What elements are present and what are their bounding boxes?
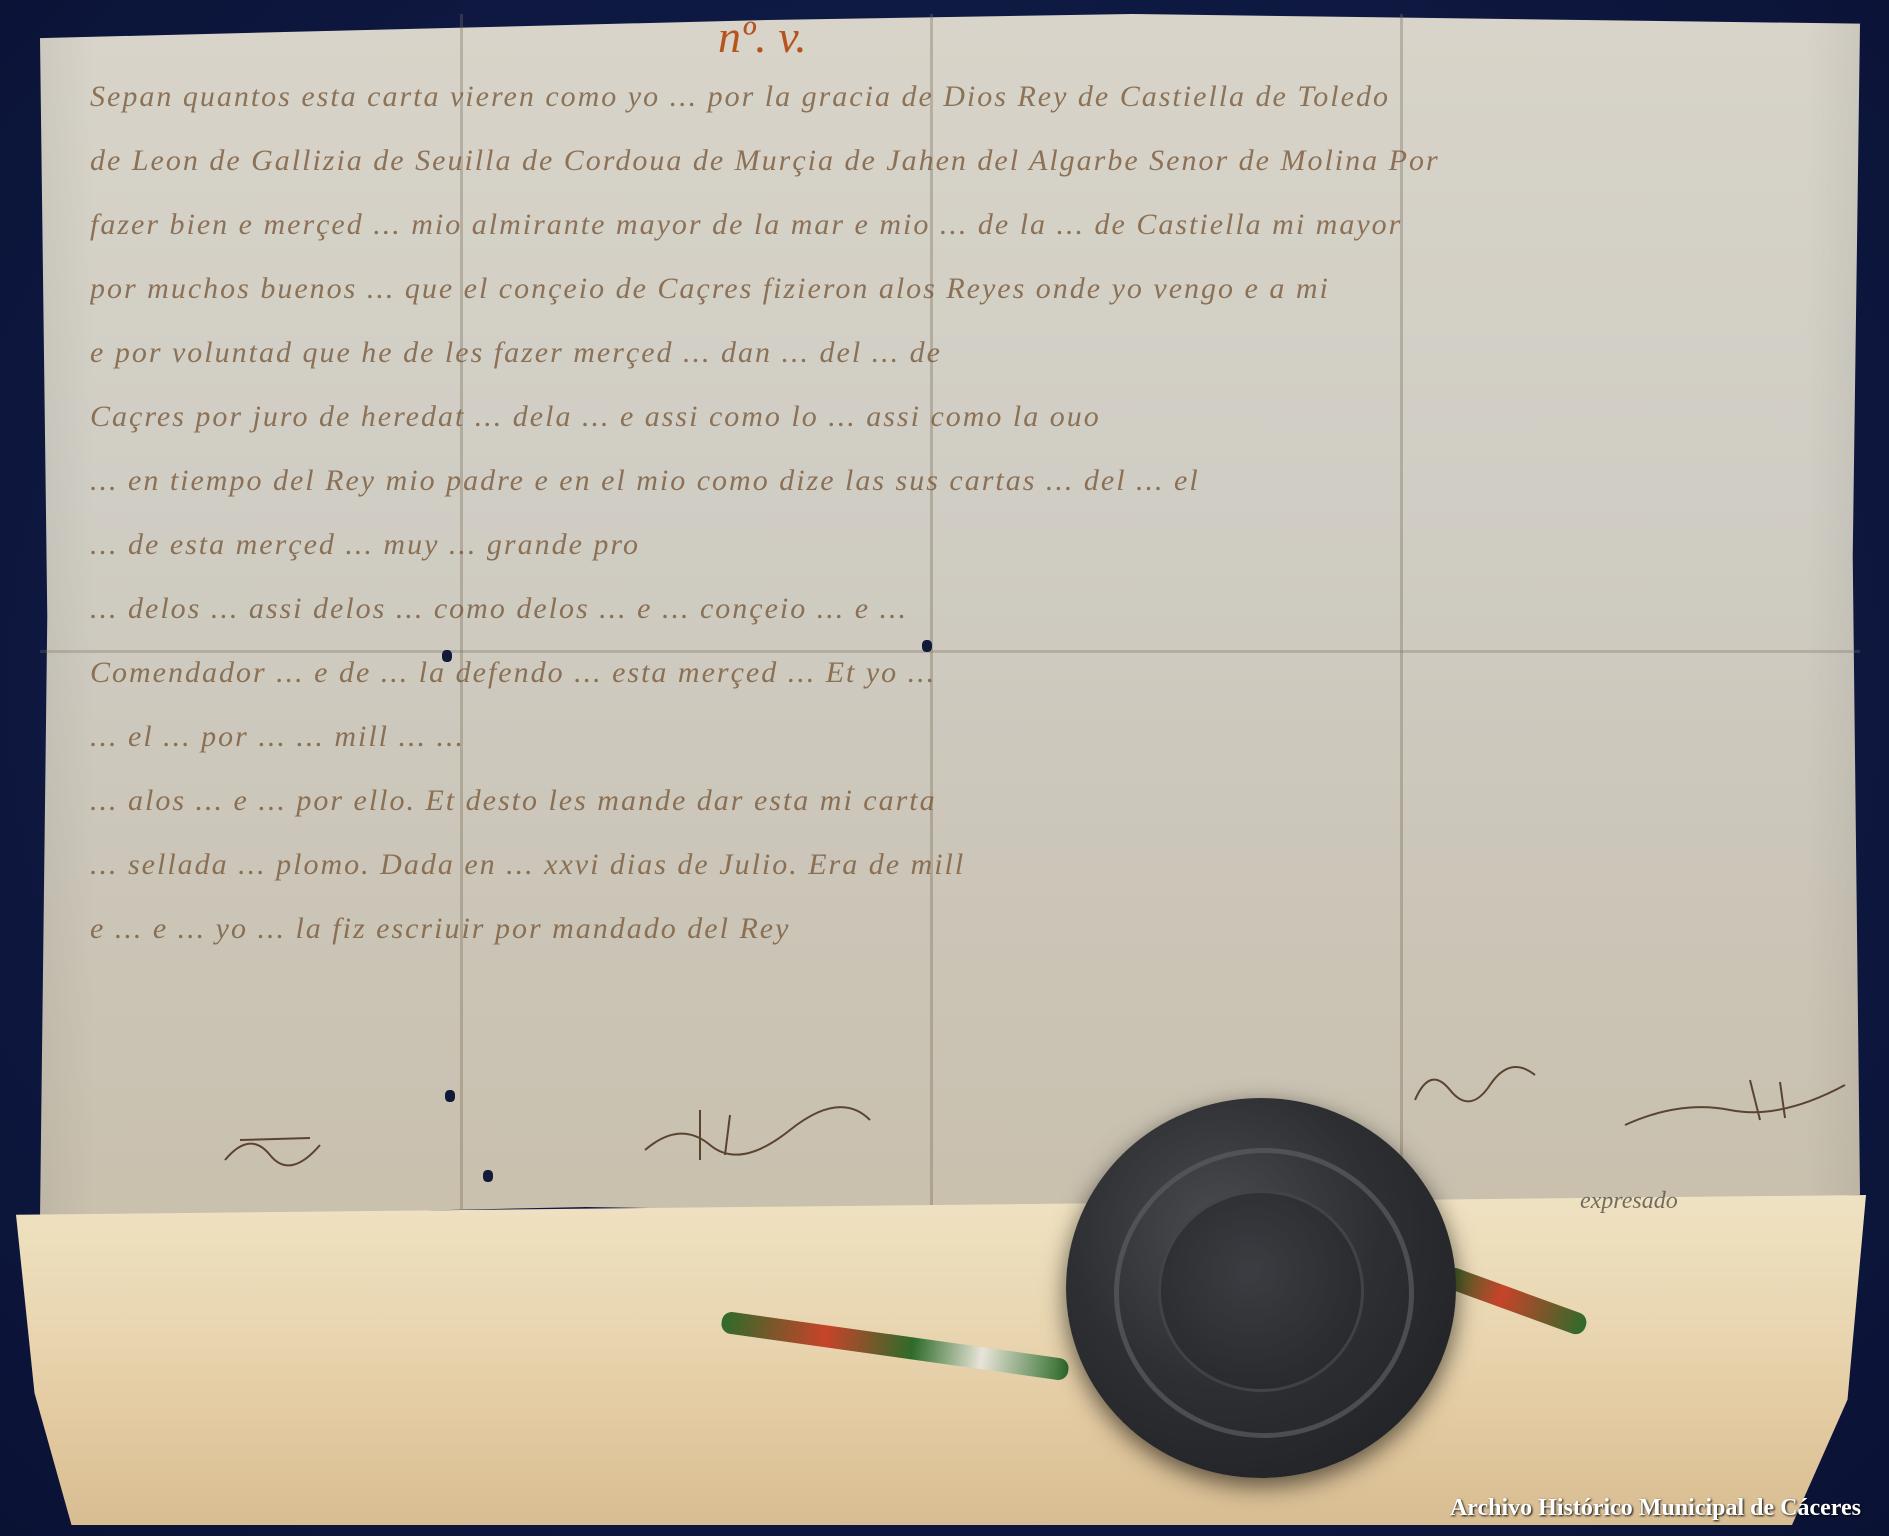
signature-right-2 [1620,1070,1850,1140]
manuscript-line: Caçres por juro de heredat ... dela ... … [90,400,1830,464]
manuscript-line: e por voluntad que he de les fazer merçe… [90,336,1830,400]
manuscript-line: ... de esta merçed ... muy ... grande pr… [90,528,1830,592]
parchment-hole [445,1090,455,1102]
signature-center [640,1100,880,1170]
manuscript-line: ... el ... por ... ... mill ... ... [90,720,1830,784]
seal-emblem [1158,1190,1364,1392]
manuscript-line: de Leon de Gallizia de Seuilla de Cordou… [90,144,1830,208]
manuscript-line: ... delos ... assi delos ... como delos … [90,592,1830,656]
parchment-hole [442,650,452,662]
manuscript-line: e ... e ... yo ... la fiz escriuir por m… [90,912,1830,976]
signature-right-1 [1410,1060,1540,1120]
manuscript-line: ... en tiempo del Rey mio padre e en el … [90,464,1830,528]
pencil-note: expresado [1580,1188,1678,1215]
reference-mark: nº. v. [718,10,807,63]
manuscript-line: fazer bien e merçed ... mio almirante ma… [90,208,1830,272]
lead-seal [1066,1098,1456,1478]
manuscript-line: ... alos ... e ... por ello. Et desto le… [90,784,1830,848]
signature-left [220,1120,340,1180]
parchment-hole [483,1170,493,1182]
manuscript-line: por muchos buenos ... que el conçeio de … [90,272,1830,336]
manuscript-line: ... sellada ... plomo. Dada en ... xxvi … [90,848,1830,912]
manuscript-line: Sepan quantos esta carta vieren como yo … [90,80,1830,144]
manuscript-line: Comendador ... e de ... la defendo ... e… [90,656,1830,720]
archive-caption: Archivo Histórico Municipal de Cáceres [1450,1495,1861,1522]
manuscript-text: Sepan quantos esta carta vieren como yo … [90,80,1830,976]
parchment-hole [922,640,932,652]
